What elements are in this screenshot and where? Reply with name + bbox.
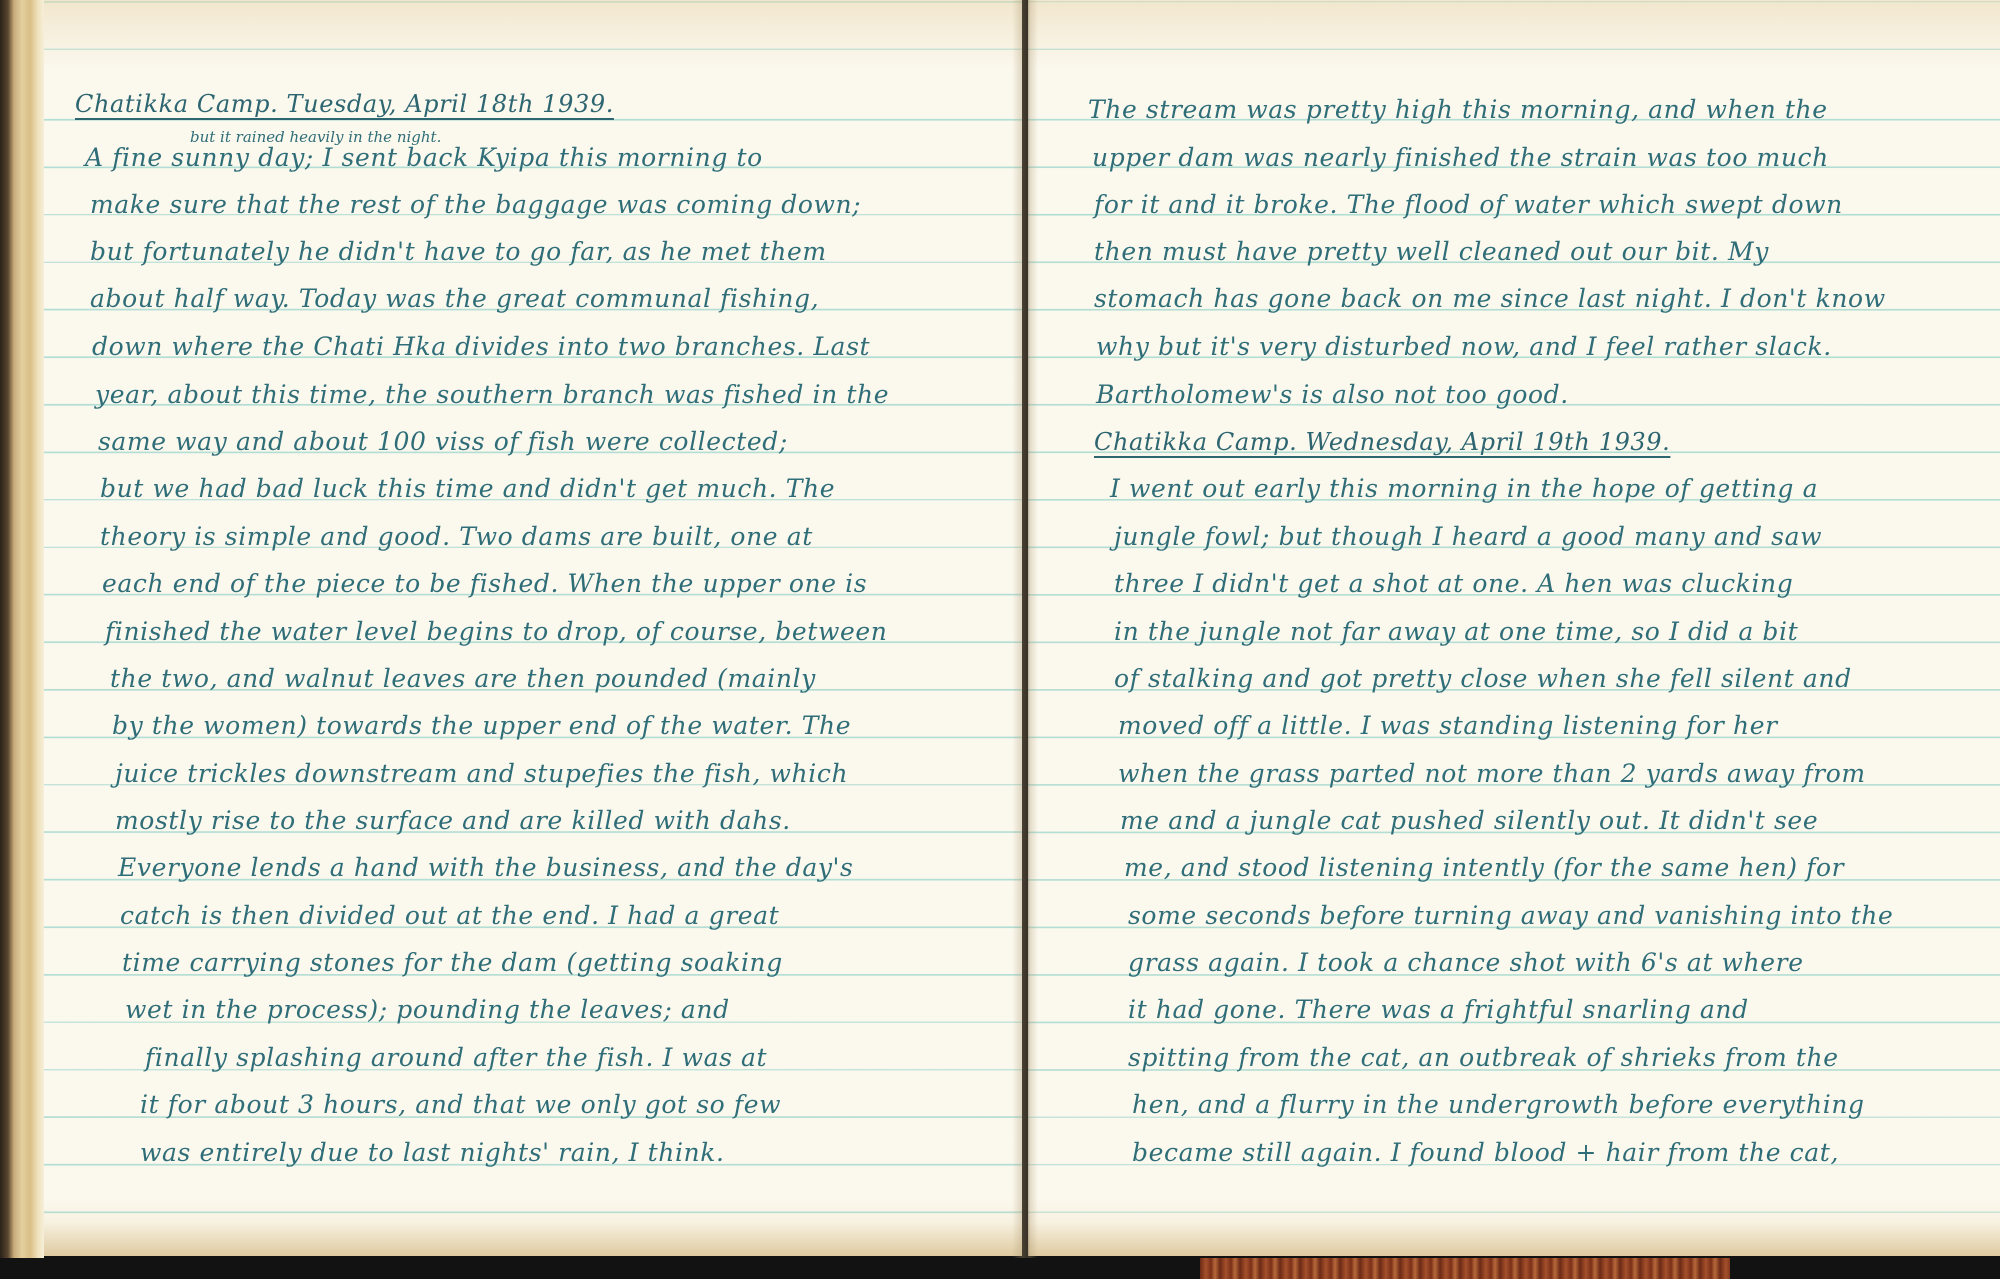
left-line: same way and about 100 viss of fish were… <box>98 427 788 457</box>
right-line: me and a jungle cat pushed silently out.… <box>1120 806 1818 836</box>
left-line: by the women) towards the upper end of t… <box>112 711 851 741</box>
right-line: hen, and a flurry in the undergrowth bef… <box>1132 1090 1865 1120</box>
right-line: some seconds before turning away and van… <box>1128 901 1893 931</box>
left-line: wet in the process); pounding the leaves… <box>125 995 730 1025</box>
notebook-spread: Chatikka Camp. Tuesday, April 18th 1939.… <box>0 0 2000 1258</box>
left-line: but we had bad luck this time and didn't… <box>100 474 835 504</box>
right-line: grass again. I took a chance shot with 6… <box>1128 948 1804 978</box>
left-line: year, about this time, the southern bran… <box>95 380 889 410</box>
left-line: time carrying stones for the dam (gettin… <box>122 948 783 978</box>
right-line: three I didn't get a shot at one. A hen … <box>1114 569 1793 599</box>
right-line: in the jungle not far away at one time, … <box>1114 617 1798 647</box>
right-page: The stream was pretty high this morning,… <box>1028 0 2000 1258</box>
right-line: of stalking and got pretty close when sh… <box>1114 664 1852 694</box>
book-gutter <box>1012 0 1038 1258</box>
left-line: was entirely due to last nights' rain, I… <box>140 1138 725 1168</box>
left-line: mostly rise to the surface and are kille… <box>115 806 791 836</box>
right-line: stomach has gone back on me since last n… <box>1094 284 1886 314</box>
right-line: for it and it broke. The flood of water … <box>1094 190 1843 220</box>
left-page-heading: Chatikka Camp. Tuesday, April 18th 1939. <box>75 89 614 119</box>
right-line: upper dam was nearly finished the strain… <box>1092 143 1829 173</box>
right-line: it had gone. There was a frightful snarl… <box>1128 995 1749 1025</box>
right-line: moved off a little. I was standing liste… <box>1118 711 1778 741</box>
right-line: jungle fowl; but though I heard a good m… <box>1114 522 1822 552</box>
left-line: A fine sunny day; I sent back Kyipa this… <box>85 143 763 173</box>
left-line: make sure that the rest of the baggage w… <box>90 190 861 220</box>
left-line: catch is then divided out at the end. I … <box>120 901 779 931</box>
left-line: down where the Chati Hka divides into tw… <box>92 332 870 362</box>
bookmark-ribbon <box>1200 1258 1730 1279</box>
left-line: Everyone lends a hand with the business,… <box>118 853 853 883</box>
right-line: why but it's very disturbed now, and I f… <box>1096 332 1832 362</box>
left-line: theory is simple and good. Two dams are … <box>100 522 813 552</box>
right-line: me, and stood listening intently (for th… <box>1124 853 1844 883</box>
right-line: became still again. I found blood + hair… <box>1132 1138 1839 1168</box>
left-line: about half way. Today was the great comm… <box>90 284 819 314</box>
right-line: The stream was pretty high this morning,… <box>1088 95 1828 125</box>
right-line: Bartholomew's is also not too good. <box>1096 380 1569 410</box>
right-line: then must have pretty well cleaned out o… <box>1094 237 1769 267</box>
page-edges <box>0 0 44 1258</box>
left-line: finally splashing around after the fish.… <box>145 1043 767 1073</box>
right-line: I went out early this morning in the hop… <box>1110 474 1818 504</box>
left-line: finished the water level begins to drop,… <box>105 617 887 647</box>
right-page-heading: Chatikka Camp. Wednesday, April 19th 193… <box>1094 427 1670 457</box>
left-line: each end of the piece to be fished. When… <box>102 569 867 599</box>
right-line: when the grass parted not more than 2 ya… <box>1118 759 1866 789</box>
left-line: juice trickles downstream and stupefies … <box>115 759 848 789</box>
left-line: but fortunately he didn't have to go far… <box>90 237 827 267</box>
left-page: Chatikka Camp. Tuesday, April 18th 1939.… <box>0 0 1022 1258</box>
left-line: the two, and walnut leaves are then poun… <box>110 664 816 694</box>
right-line: spitting from the cat, an outbreak of sh… <box>1128 1043 1839 1073</box>
left-line: it for about 3 hours, and that we only g… <box>140 1090 781 1120</box>
